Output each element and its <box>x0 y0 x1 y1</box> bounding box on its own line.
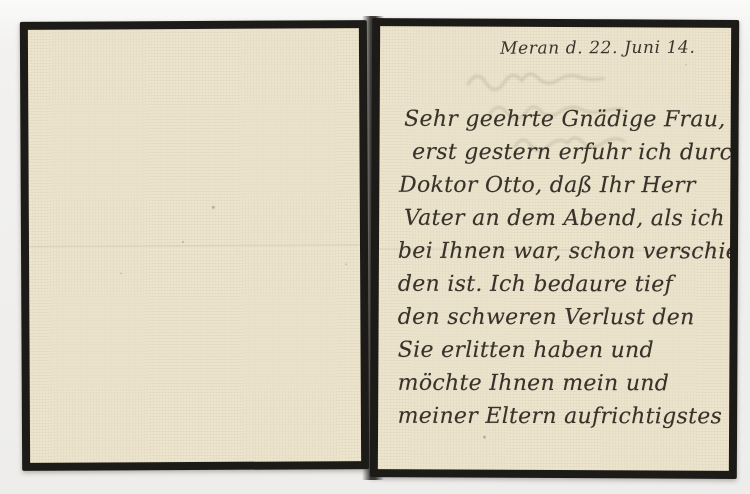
letter-dateline: Meran d. 22. Juni 14. <box>500 38 696 59</box>
paper-speckle <box>212 206 215 209</box>
scanned-letter-background: Meran d. 22. Juni 14. Sehr geehrte Gnädi… <box>0 0 750 494</box>
letter-line: bei Ihnen war, schon verschie- <box>398 235 728 269</box>
letter-line: Sie erlitten haben und <box>398 334 728 368</box>
left-blank-page <box>20 20 369 471</box>
letter-line: meiner Eltern aufrichtigstes <box>398 400 728 434</box>
paper-speckle <box>685 64 687 66</box>
letter-line: Sehr geehrte Gnädige Frau, <box>398 103 728 137</box>
fold-crease <box>29 244 360 250</box>
letter-line: den ist. Ich bedaure tief <box>398 268 728 302</box>
letter-line: erst gestern erfuhr ich durch <box>398 136 728 170</box>
letter-line: Doktor Otto, daß Ihr Herr <box>398 169 728 203</box>
letter-line: Vater an dem Abend, als ich <box>398 202 728 236</box>
left-page-paper <box>28 28 361 463</box>
paper-speckle <box>182 241 184 243</box>
letter-body: Sehr geehrte Gnädige Frau, erst gestern … <box>398 103 729 434</box>
paper-speckle <box>120 272 122 274</box>
letter-line: möchte Ihnen mein und <box>398 367 728 401</box>
right-page-paper: Meran d. 22. Juni 14. Sehr geehrte Gnädi… <box>378 26 731 471</box>
letter-line: den schweren Verlust den <box>398 301 728 335</box>
right-letter-page: Meran d. 22. Juni 14. Sehr geehrte Gnädi… <box>370 18 739 479</box>
paper-speckle <box>483 436 486 439</box>
paper-speckle <box>345 263 347 265</box>
